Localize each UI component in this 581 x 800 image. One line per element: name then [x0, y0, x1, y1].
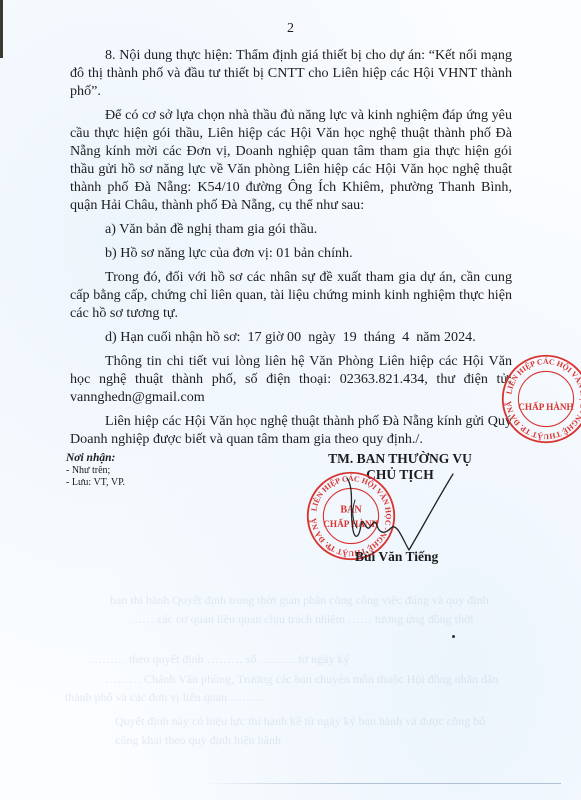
paragraph-item-a: a) Văn bản đề nghị tham gia gói thầu. [70, 220, 512, 238]
position-label: CHỦ TỊCH [300, 467, 500, 483]
show-through-text: thành phố và các đơn vị liên quan ……… [65, 690, 266, 705]
recipients-title: Nơi nhận: [66, 451, 125, 465]
paragraph-contact: Thông tin chi tiết vui lòng liên hệ Văn … [70, 352, 512, 406]
seal-ring-text: LIÊN HIỆP CÁC HỘI VĂN HỌC - NGHỆ THUẬT T… [305, 470, 393, 558]
show-through-text: Quyết định này có hiệu lực thi hành kể t… [115, 714, 485, 729]
edge-seal-icon: LIÊN HIỆP CÁC HỘI VĂN HỌC - NGHỆ THUẬT T… [500, 353, 581, 445]
scan-bottom-edge [200, 783, 561, 784]
page-number: 2 [0, 21, 581, 37]
seal-center-line2: CHẤP HÀNH [323, 519, 378, 529]
signature-block: TM. BAN THƯỜNG VỤ CHỦ TỊCH [300, 451, 500, 483]
paragraph-personnel: Trong đó, đối với hồ sơ các nhân sự đề x… [70, 268, 512, 322]
recipient-item: - Lưu: VT, VP. [66, 477, 125, 489]
paragraph-invitation: Để có cơ sở lựa chọn nhà thầu đủ năng lự… [70, 106, 512, 214]
on-behalf-label: TM. BAN THƯỜNG VỤ [300, 451, 500, 467]
paragraph-closing: Liên hiệp các Hội Văn học nghệ thuật thà… [70, 412, 512, 448]
show-through-text: ban thi hành Quyết định trong thời gian … [110, 593, 489, 608]
svg-text:CHẤP HÀNH: CHẤP HÀNH [518, 402, 573, 412]
document-page: ban thi hành Quyết định trong thời gian … [0, 0, 581, 800]
paragraph-deadline: d) Hạn cuối nhận hồ sơ: 17 giờ 00 ngày 1… [70, 328, 512, 346]
handwritten-signature-icon [325, 470, 455, 560]
signer-name: Bùi Văn Tiếng [355, 549, 438, 565]
svg-text:*: * [327, 546, 331, 555]
paragraph-item-b: b) Hồ sơ năng lực của đơn vị: 01 bản chí… [70, 244, 512, 262]
show-through-text: …… các cơ quan liên quan chịu trách nhiệ… [130, 612, 474, 627]
seal-center-line1: BAN [340, 504, 362, 515]
recipients-block: Nơi nhận: - Như trên; - Lưu: VT, VP. [66, 451, 125, 489]
show-through-text: công khai theo quy định hiện hành [115, 733, 281, 748]
letter-body: 8. Nội dung thực hiện: Thẩm định giá thi… [70, 46, 512, 454]
svg-text:LIÊN HIỆP CÁC HỘI VĂN HỌC - NG: LIÊN HIỆP CÁC HỘI VĂN HỌC - NGHỆ THUẬT T… [500, 353, 581, 441]
scan-speck [452, 635, 455, 638]
paragraph-scope: 8. Nội dung thực hiện: Thẩm định giá thi… [70, 46, 512, 100]
svg-text:LIÊN HIỆP CÁC HỘI VĂN HỌC - NG: LIÊN HIỆP CÁC HỘI VĂN HỌC - NGHỆ THUẬT T… [305, 470, 393, 558]
recipient-item: - Như trên; [66, 465, 125, 477]
show-through-text: ……… theo quyết định ……… số ……… từ ngày k… [90, 652, 350, 667]
show-through-text: ……… Chánh Văn phòng, Trưởng các ban chuy… [105, 672, 498, 687]
